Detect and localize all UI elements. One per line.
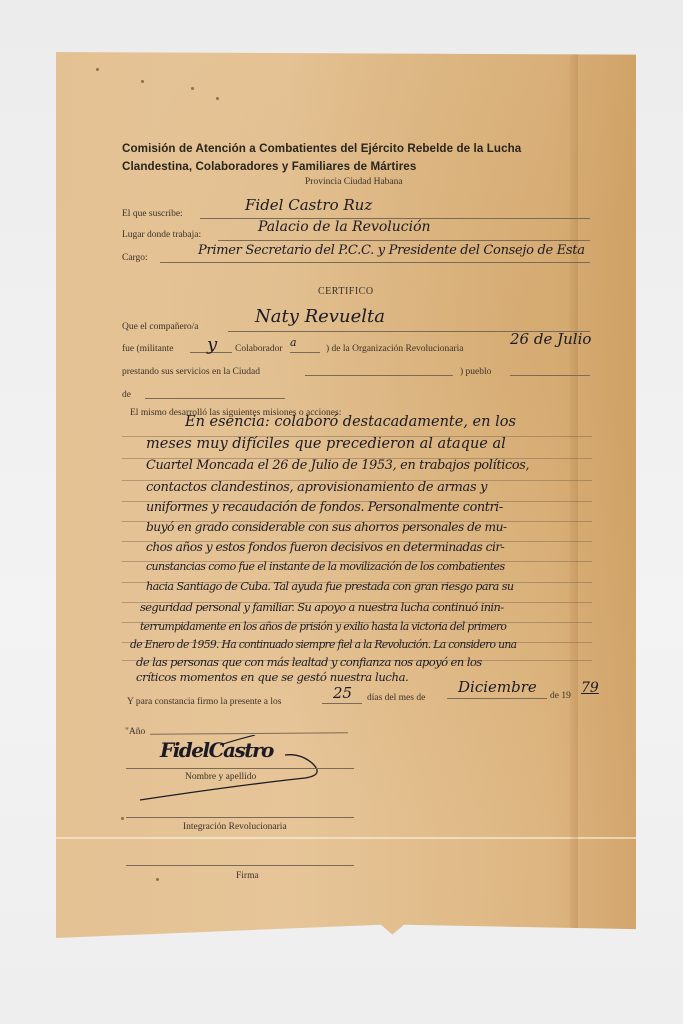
suscribe-value: Fidel Castro Ruz [245, 196, 372, 214]
lugar-label: Lugar donde trabaja: [122, 230, 201, 240]
misiones-line: críticos momentos en que se gestó nuestr… [136, 670, 408, 684]
nombre-line [126, 768, 354, 769]
misiones-line: chos años y estos fondos fueron decisivo… [146, 540, 504, 554]
misiones-line: de las personas que con más lealtad y co… [136, 655, 482, 669]
document-header: Comisión de Atención a Combatientes del … [122, 140, 562, 176]
misiones-line: uniformes y recaudación de fondos. Perso… [146, 500, 503, 515]
companero-value: Naty Revuelta [255, 306, 385, 327]
de-line [145, 398, 285, 399]
constancia-middle: días del mes de [367, 693, 425, 703]
constancia-prefix: Y para constancia firmo la presente a lo… [127, 697, 282, 707]
year-value: 79 [581, 680, 599, 696]
paper-spot [121, 817, 124, 820]
pueblo-label: ) pueblo [460, 367, 491, 377]
day-line [322, 703, 362, 704]
year-prefix: de 19 [550, 691, 571, 701]
day-value: 25 [333, 684, 352, 702]
colaborador-label: Colaborador [235, 344, 283, 354]
misiones-line: buyó en grado considerable con sus ahorr… [146, 520, 507, 534]
misiones-line: meses muy difíciles que precedieron al a… [146, 436, 506, 452]
province-label: Provincia Ciudad Habana [305, 177, 403, 187]
signature: FidelCastro [160, 738, 273, 762]
misiones-line: hacia Santiago de Cuba. Tal ayuda fue pr… [146, 580, 513, 593]
pueblo-line [510, 375, 590, 376]
misiones-line: seguridad personal y familiar. Su apoyo … [140, 600, 503, 614]
paper-spot [216, 97, 219, 100]
nombre-label: Nombre y apellido [185, 772, 256, 782]
firma-label: Firma [236, 871, 259, 881]
misiones-line: En esencia: colaboró destacadamente, en … [185, 414, 516, 430]
fue-value: y [207, 334, 217, 355]
month-value: Diciembre [458, 678, 537, 696]
de-label: de [122, 390, 131, 400]
suscribe-label: El que suscribe: [122, 209, 183, 219]
misiones-line: de Enero de 1959. Ha continuado siempre … [130, 638, 516, 651]
organizacion-value: 26 de Julio [510, 330, 591, 348]
colaborador-suffix: a [290, 336, 297, 349]
misiones-line: cunstancias como fue el instante de la m… [146, 560, 505, 573]
colaborador-line [290, 352, 320, 353]
cargo-label: Cargo: [122, 253, 148, 263]
paper-spot [191, 87, 194, 90]
cargo-line [160, 262, 590, 263]
lugar-value: Palacio de la Revolución [258, 219, 431, 235]
ciudad-line [305, 375, 453, 376]
paper-fold-horizontal [56, 837, 636, 839]
ciudad-label: prestando sus servicios en la Ciudad [122, 367, 260, 377]
fue-label: fue (militante [122, 344, 173, 354]
misiones-line: Cuartel Moncada el 26 de Julio de 1953, … [146, 458, 529, 473]
misiones-line: terrumpidamente en los años de prisión y… [140, 620, 506, 633]
organizacion-label: ) de la Organización Revolucionaria [326, 344, 464, 354]
companero-label: Que el compañero/a [122, 322, 199, 332]
misiones-line: contactos clandestinos, aprovisionamient… [146, 480, 487, 495]
paper-spot [156, 878, 159, 881]
paper-spot [141, 80, 144, 83]
integracion-line [126, 817, 354, 818]
certifico-heading: CERTIFICO [318, 286, 374, 297]
header-title-line2: Clandestina, Colaboradores y Familiares … [122, 158, 562, 176]
integracion-label: Integración Revolucionaria [183, 822, 287, 832]
cargo-value: Primer Secretario del P.C.C. y President… [198, 243, 585, 258]
paper-fold-vertical [570, 52, 578, 938]
paper-spot [96, 68, 99, 71]
month-line [447, 698, 547, 699]
lugar-line [218, 240, 590, 241]
header-title-line1: Comisión de Atención a Combatientes del … [122, 140, 562, 158]
firma-line [126, 865, 354, 866]
